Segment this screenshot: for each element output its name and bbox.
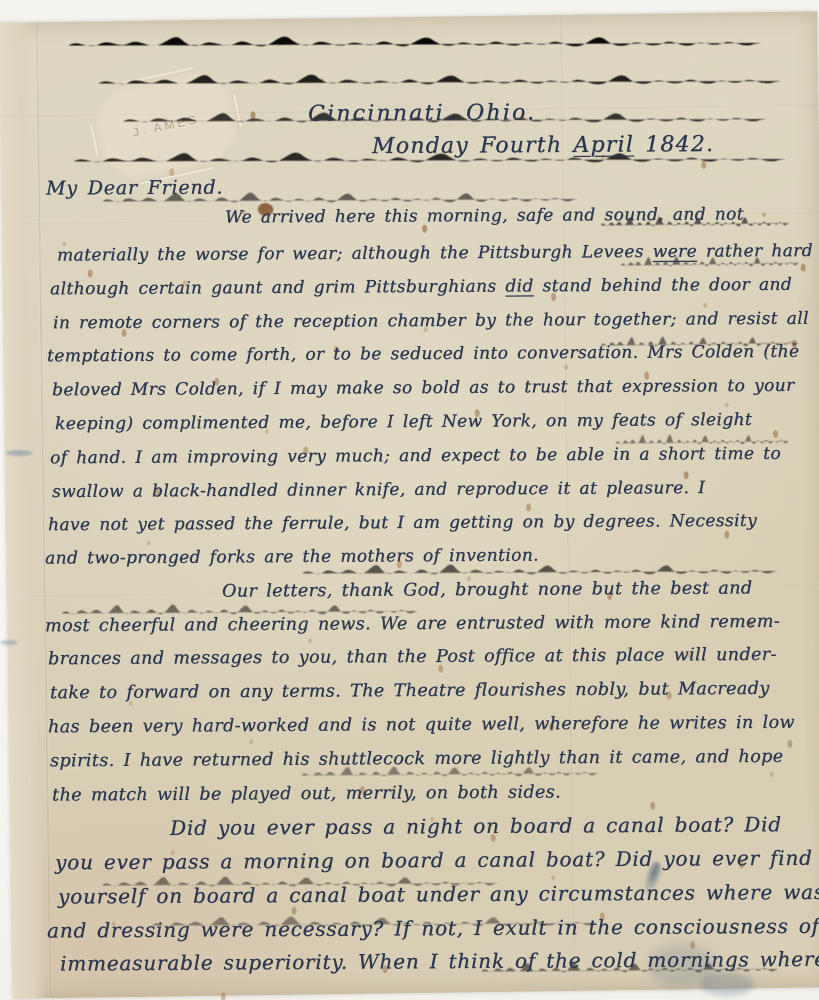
ink-smudge [700,972,754,996]
letter-line: and dressing were necessary? If not, I e… [47,914,819,943]
place-dateline: Cincinnati. Ohio. [308,100,536,126]
letter-line: immeasurable superiority. When I think o… [60,947,819,976]
letter-line: and two-pronged forks are the mothers of… [45,545,539,568]
letter-line: swallow a black-handled dinner knife, an… [52,478,705,502]
letter-line: the match will be played out, merrily, o… [52,782,561,805]
letter-line: Did you ever pass a night on board a can… [170,812,782,840]
letter-line: keeping) complimented me, before I left … [55,410,752,434]
letter-line: you ever pass a morning on board a canal… [55,846,813,875]
letter-line: Our letters, thank God, brought none but… [222,578,753,601]
salutation: My Dear Friend. [46,176,223,199]
letter-line: yourself on board a canal boat under any… [58,880,819,909]
ink-smudge [0,640,18,645]
letter-scan: J. AMES Cincinnati. Ohio. Monday Fourth … [0,0,819,1000]
date-line: Monday Fourth April 1842. [372,132,714,159]
ink-smudge [6,450,32,456]
letter-line: We arrived here this morning, safe and s… [225,204,744,227]
